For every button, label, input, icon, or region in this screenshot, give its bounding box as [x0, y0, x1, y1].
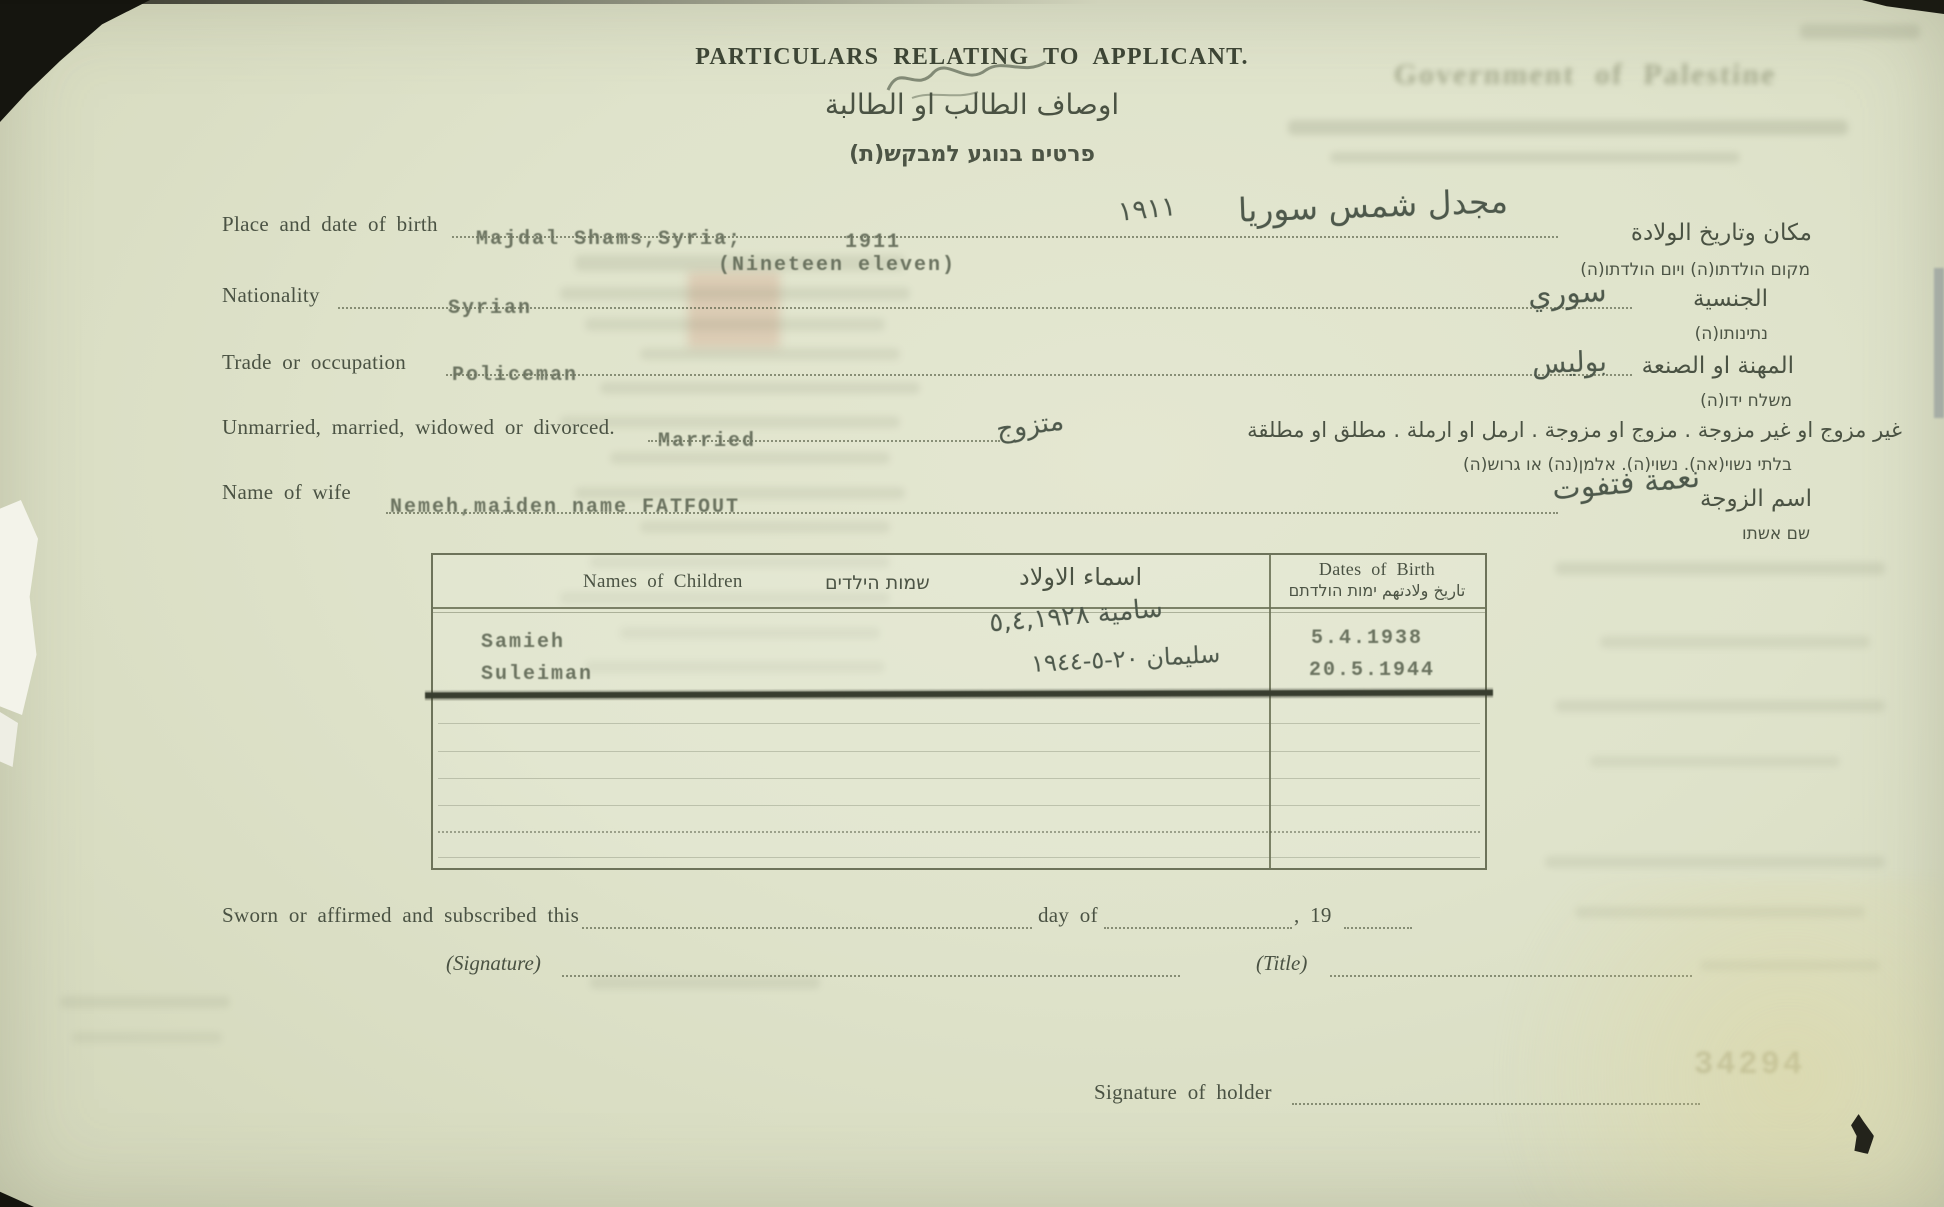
child-date: 20.5.1944 [1309, 659, 1435, 682]
strike-through-line [425, 690, 1493, 699]
table-header-rule [433, 607, 1485, 609]
dotted-leader [1104, 927, 1292, 929]
field-label-birth-arabic: مكان وتاريخ الولادة [1631, 220, 1812, 246]
ghost-red-stamp [688, 272, 780, 348]
ghost-text-smudge [1800, 24, 1920, 39]
handwritten-nationality: سوري [1527, 274, 1607, 313]
paper-stain-bottom-right [1430, 880, 1944, 1207]
ghost-text-smudge [610, 452, 890, 464]
torn-white-patch-left-2 [0, 712, 18, 767]
typed-value-wife: Nemeh,maiden name FATFOUT [390, 496, 740, 519]
torn-notch-bottom-left [0, 1188, 34, 1207]
child-handwritten: سامية ٥,٤,١٩٢٨ [988, 593, 1164, 638]
table-empty-row-line-dotted [438, 831, 1480, 833]
sworn-statement-label: Sworn or affirmed and subscribed this [222, 903, 579, 928]
table-empty-row-line [438, 805, 1480, 806]
field-label-nationality-hebrew: נתינותו(ה) [1695, 324, 1768, 344]
torn-notch-top-right [1862, 0, 1944, 14]
dotted-leader [446, 374, 1632, 376]
paper-top-edge-shadow [0, 0, 1100, 4]
handwritten-birth-place: مجدل شمس سوريا [1237, 181, 1508, 229]
field-label-birth-hebrew: מקום הולדתו(ה) ויום הולדתו(ה) [1580, 260, 1810, 280]
dotted-leader [582, 927, 1032, 929]
scanned-form-page: Government of Palestine PARTICULARS RELA… [0, 0, 1944, 1207]
typed-value-nationality: Syrian [448, 297, 532, 320]
ghost-text-smudge [1555, 562, 1885, 575]
table-empty-row-line [438, 723, 1480, 724]
table-empty-row-line [438, 857, 1480, 858]
table-header-names-he: שמות הילדים [825, 572, 930, 594]
page-title-hebrew: פרטים בנוגע למבקש(ת) [0, 142, 1944, 167]
handwritten-occupation: بوليس [1531, 345, 1607, 381]
table-header-names-ar: اسماء الاولاد [1019, 563, 1142, 591]
ghost-text-smudge [60, 996, 230, 1008]
title-label: (Title) [1256, 951, 1307, 976]
ghost-text-smudge [585, 318, 885, 331]
field-label-marital: Unmarried, married, widowed or divorced. [222, 415, 615, 440]
child-name: Suleiman [481, 663, 593, 686]
ghost-text-smudge [1555, 700, 1885, 712]
torn-white-patch-left [0, 500, 38, 715]
table-header-dates-en: Dates of Birth [1269, 559, 1485, 580]
sworn-year-label: , 19 [1294, 903, 1332, 928]
field-label-birth: Place and date of birth [222, 212, 438, 237]
table-header-names-en: Names of Children [583, 571, 743, 593]
field-label-marital-arabic: غير مزوج او غير مزوجة . مزوج او مزوجة . … [1247, 418, 1902, 442]
ghost-text-smudge [72, 1032, 222, 1043]
ghost-text-smudge [1590, 756, 1840, 767]
ghost-text-smudge [1545, 856, 1885, 868]
ghost-text-smudge [1288, 120, 1848, 135]
field-label-occupation-hebrew: משלח ידו(ה) [1700, 391, 1792, 411]
typed-value-marital: Married [658, 430, 756, 453]
typed-value-birth-year-words: (Nineteen eleven) [718, 254, 956, 277]
holder-signature-label: Signature of holder [1094, 1080, 1272, 1105]
ghost-text-smudge [640, 348, 900, 360]
typed-value-birth-place: Majdal Shams,Syria; [476, 228, 742, 251]
child-date: 5.4.1938 [1311, 627, 1423, 650]
field-label-nationality: Nationality [222, 283, 320, 308]
table-header-rule-2 [433, 612, 1485, 613]
field-label-nationality-arabic: الجنسية [1693, 286, 1768, 312]
page-title: PARTICULARS RELATING TO APPLICANT. [0, 44, 1944, 71]
table-header-dates-ar-he: تاريخ ولادتهم ימות הולדתם [1269, 581, 1485, 600]
ghost-text-smudge [560, 287, 910, 300]
ghost-text-smudge [1600, 636, 1870, 648]
field-label-occupation: Trade or occupation [222, 350, 406, 375]
child-name: Samieh [481, 631, 565, 654]
field-label-occupation-arabic: المهنة او الصنعة [1642, 353, 1794, 379]
typed-value-occupation: Policeman [452, 364, 578, 387]
table-column-divider [1269, 555, 1271, 868]
page-title-arabic: اوصاف الطالب او الطالبة [0, 88, 1944, 121]
table-empty-row-line [438, 778, 1480, 779]
scan-edge-sliver-right [1934, 268, 1944, 418]
table-empty-row-line [438, 751, 1480, 752]
ghost-text-smudge [590, 976, 820, 989]
dotted-leader [338, 307, 1632, 309]
children-table: Names of Children שמות הילדים اسماء الاو… [431, 553, 1487, 870]
child-handwritten: سليمان ٢٠-٥-١٩٤٤ [1030, 640, 1221, 678]
dotted-leader [1344, 927, 1412, 929]
dotted-leader [562, 975, 1180, 977]
handwritten-marital: متزوج [994, 405, 1066, 445]
handwritten-birth-year: ١٩١١ [1117, 191, 1178, 228]
field-label-wife-arabic: اسم الزوجة [1700, 486, 1812, 512]
ghost-text-smudge [640, 521, 890, 533]
ghost-text-smudge [600, 382, 920, 394]
field-label-wife: Name of wife [222, 480, 351, 505]
field-label-wife-hebrew: שם אשתו [1742, 524, 1810, 544]
typed-value-birth-year: 1911 [845, 231, 901, 254]
sworn-day-of-label: day of [1038, 903, 1098, 928]
signature-label: (Signature) [446, 951, 541, 976]
